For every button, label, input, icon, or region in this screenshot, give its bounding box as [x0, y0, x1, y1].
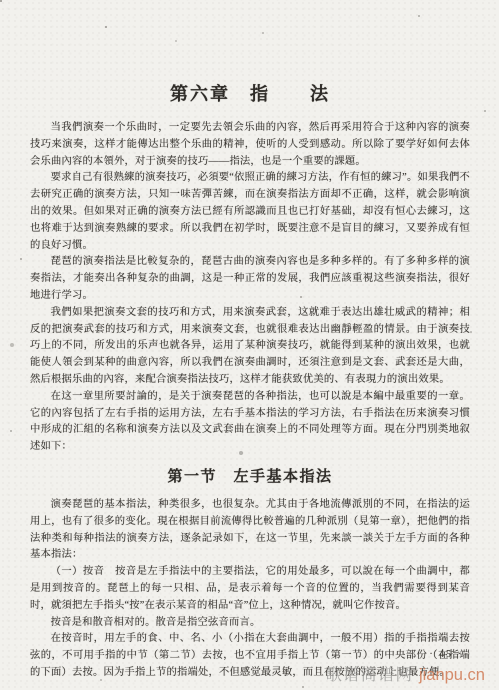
paragraph: 我們如果把演奏文套的技巧和方式，用来演奏武套，这就难于表达出雄壮威武的精神；相反… — [30, 305, 470, 389]
scanned-book-page: 第六章 指 法 当我們演奏一个乐曲时，一定要先去領会乐曲的內容，然后再采用符合于… — [0, 0, 499, 690]
paragraph: 当我們演奏一个乐曲时，一定要先去領会乐曲的內容，然后再采用符合于这种內容的演奏技… — [30, 120, 470, 170]
site-watermark: 歌谱简谱网jianpu.cn — [325, 661, 485, 685]
paragraph: 按音是和散音相对的。散音是指空弦音而言。 — [30, 615, 470, 632]
scan-noise-specks — [0, 0, 2, 2]
watermark-site-name: 歌谱简谱网 — [325, 666, 413, 684]
chapter-title: 第六章 指 法 — [30, 80, 470, 106]
page-content: 第六章 指 法 当我們演奏一个乐曲时，一定要先去領会乐曲的內容，然后再采用符合于… — [30, 80, 470, 682]
page-number: · 45 · — [429, 649, 463, 660]
paragraph: 在这一章里所要討論的，是关于演奏琵琶的各种指法，也可以說是本編中最重要的一章。它… — [30, 389, 470, 456]
paragraph: 演奏琵琶的基本指法，种类很多，也很复杂。尤其由于各地流傳派別的不同，在指法的运用… — [30, 497, 470, 564]
section-title: 第一节 左手基本指法 — [30, 465, 470, 486]
paragraph: （一）按音 按音是左手指法中的主要指法，它的用处最多，可以說在每一个曲調中，都是… — [30, 564, 470, 614]
chapter-intro-text: 当我們演奏一个乐曲时，一定要先去領会乐曲的內容，然后再采用符合于这种內容的演奏技… — [30, 120, 470, 456]
watermark-site-url: jianpu.cn — [419, 666, 485, 684]
paragraph: 琵琶的演奏指法是比較复杂的，琵琶古曲的演奏內容也是多种多样的。有了多种多样的演奏… — [30, 254, 470, 304]
paragraph: 要求自己有很熟練的演奏技巧，必須要“依照正确的練习方法，作有恒的練习”。如果我們… — [30, 170, 470, 254]
section-text: 演奏琵琶的基本指法，种类很多，也很复杂。尤其由于各地流傳派別的不同，在指法的运用… — [30, 497, 470, 682]
